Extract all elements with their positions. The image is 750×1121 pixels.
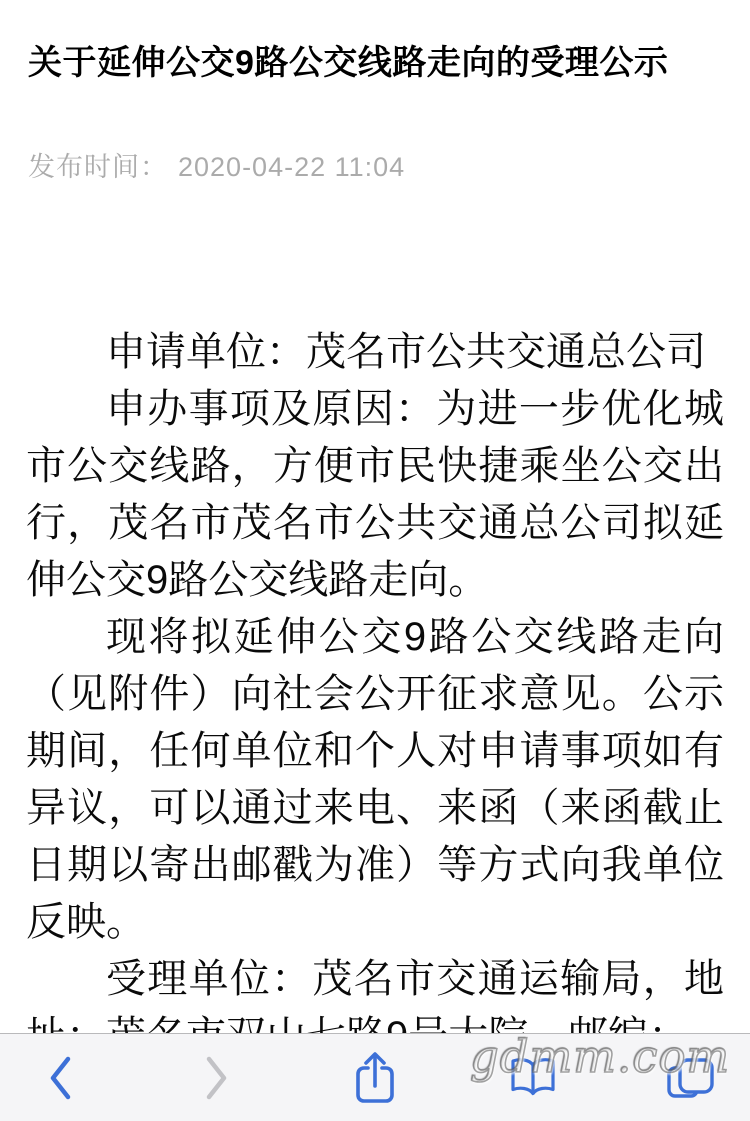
- chevron-left-icon: [46, 1054, 74, 1102]
- browser-toolbar: [0, 1033, 750, 1121]
- paragraph-public-notice: 现将拟延伸公交9路公交线路走向（见附件）向社会公开征求意见。公示期间，任何单位和…: [26, 609, 724, 951]
- book-icon: [509, 1055, 557, 1101]
- forward-button[interactable]: [177, 1034, 257, 1121]
- share-icon: [352, 1048, 398, 1108]
- article: 关于延伸公交9路公交线路走向的受理公示 发布时间：2020-04-22 11:0…: [0, 0, 750, 1065]
- publish-label: 发布时间：: [28, 152, 168, 182]
- tabs-button[interactable]: [650, 1034, 730, 1121]
- paragraph-reason: 申办事项及原因：为进一步优化城市公交线路，方便市民快捷乘坐公交出行，茂名市茂名市…: [26, 381, 724, 609]
- chevron-right-icon: [203, 1054, 231, 1102]
- browser-screen: 关于延伸公交9路公交线路走向的受理公示 发布时间：2020-04-22 11:0…: [0, 0, 750, 1121]
- publish-timestamp: 2020-04-22 11:04: [178, 152, 405, 182]
- publish-row: 发布时间：2020-04-22 11:04: [28, 145, 724, 184]
- page-title: 关于延伸公交9路公交线路走向的受理公示: [0, 0, 750, 85]
- share-button[interactable]: [335, 1034, 415, 1121]
- bookmarks-button[interactable]: [493, 1034, 573, 1121]
- back-button[interactable]: [20, 1034, 100, 1121]
- article-body: 申请单位：茂名市公共交通总公司 申办事项及原因：为进一步优化城市公交线路，方便市…: [26, 324, 724, 1065]
- tabs-icon: [664, 1054, 716, 1102]
- paragraph-applicant: 申请单位：茂名市公共交通总公司: [26, 324, 724, 381]
